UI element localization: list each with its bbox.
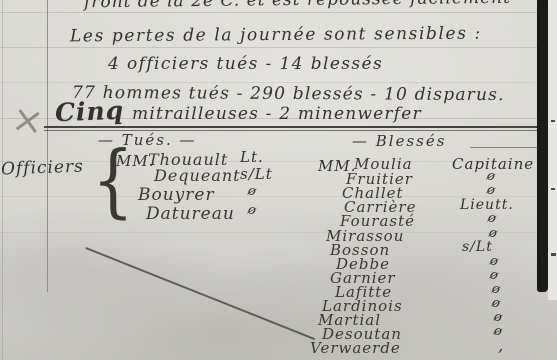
wounded-row-rank: s/Lt: [462, 239, 493, 255]
line-repoussee: front de la 2e C. et est repoussée facil…: [84, 0, 511, 12]
wounded-row-rank: ø: [486, 210, 498, 227]
killed-row-name: Dequeant: [154, 166, 241, 185]
diagonal-pen-stroke: [85, 247, 315, 340]
edge-speck: [551, 188, 555, 190]
killed-row-rank: ø: [246, 183, 258, 200]
scanned-diary-page: × front de la 2e C. et est repoussée fac…: [0, 0, 557, 360]
page-edge-line: [2, 0, 3, 360]
killed-row-name: Datureau: [146, 204, 235, 224]
header-blesses: — Blessés: [352, 132, 446, 150]
line-pertes: Les pertes de la journée sont sensibles …: [70, 24, 482, 47]
line-mitrailleuses: mitrailleuses - 2 minenwerfer: [132, 104, 422, 124]
binding-strip: [537, 0, 548, 292]
wounded-row-name: Verwaerde: [310, 339, 401, 357]
margin-line: [47, 0, 48, 292]
killed-row-rank: s/Lt: [240, 165, 273, 183]
killed-row-rank: Lt.: [240, 148, 264, 166]
wounded-row-rank: ‚: [498, 336, 504, 355]
edge-speck: [551, 120, 555, 122]
wounded-row-rank: Lieutt.: [460, 197, 514, 213]
line-hommes-tues: 77 hommes tués - 290 blessés - 10 dispar…: [72, 83, 505, 105]
ruled-line: [0, 47, 557, 48]
officiers-label: Officiers: [1, 157, 84, 180]
officiers-brace: {: [92, 134, 135, 226]
separator-rule-top: [44, 126, 540, 128]
word-cinq: Cinq: [55, 96, 125, 127]
edge-speck: [551, 253, 556, 256]
ruled-line: [0, 232, 557, 233]
killed-row-name: Bouyrer: [138, 185, 215, 205]
line-officiers-tues: 4 officiers tués - 14 blessés: [108, 54, 383, 74]
killed-row-rank: ø: [246, 202, 258, 219]
header-blesses-underline: [470, 147, 538, 148]
margin-x-mark: ×: [9, 96, 47, 144]
